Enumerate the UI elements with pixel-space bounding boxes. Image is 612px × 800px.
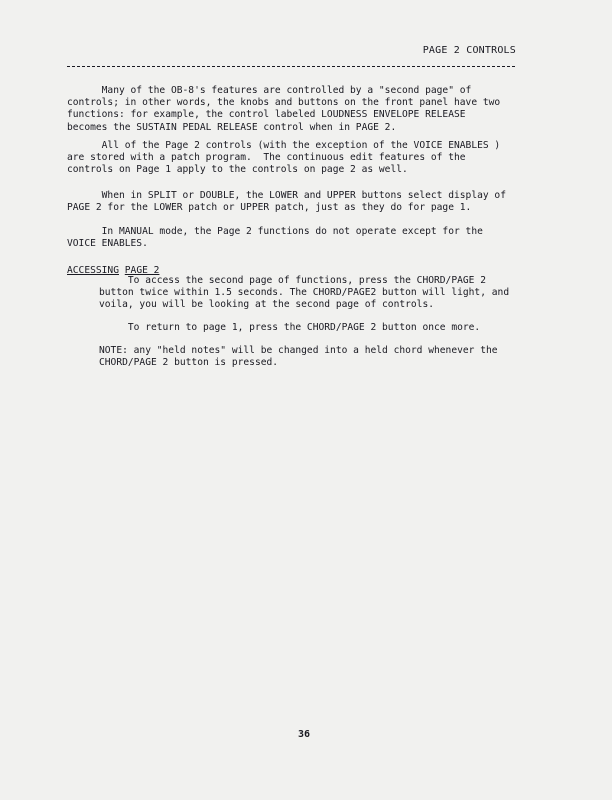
document-page: PAGE 2 CONTROLS Many of the OB-8's featu… bbox=[0, 0, 612, 800]
header-dashed-rule bbox=[67, 66, 515, 67]
paragraph-access: To access the second page of functions, … bbox=[99, 275, 509, 312]
paragraph-return: To return to page 1, press the CHORD/PAG… bbox=[99, 322, 480, 334]
page-number: 36 bbox=[298, 729, 310, 740]
page-header-title: PAGE 2 CONTROLS bbox=[423, 45, 516, 56]
paragraph-manual-mode: In MANUAL mode, the Page 2 functions do … bbox=[67, 226, 483, 250]
paragraph-stored: All of the Page 2 controls (with the exc… bbox=[67, 140, 500, 177]
paragraph-intro: Many of the OB-8's features are controll… bbox=[67, 85, 500, 134]
paragraph-split-double: When in SPLIT or DOUBLE, the LOWER and U… bbox=[67, 190, 506, 214]
paragraph-note: NOTE: any "held notes" will be changed i… bbox=[99, 345, 498, 369]
